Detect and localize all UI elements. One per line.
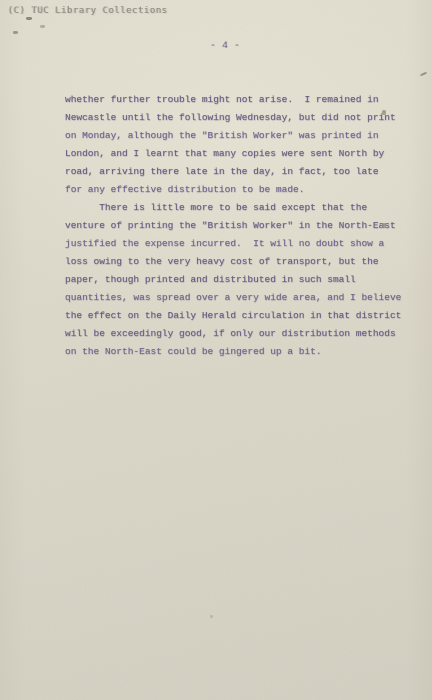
paper-speck — [26, 17, 32, 20]
document-line: on the North-East could be gingered up a… — [65, 343, 410, 361]
document-line: quantities, was spread over a very wide … — [65, 289, 410, 307]
document-line: loss owing to the very heavy cost of tra… — [65, 253, 410, 271]
paper-speck — [13, 31, 18, 34]
document-line: justified the expense incurred. It will … — [65, 235, 410, 253]
document-line: There is little more to be said except t… — [65, 199, 410, 217]
document-line: the effect on the Daily Herald circulati… — [65, 307, 410, 325]
document-line: will be exceedingly good, if only our di… — [65, 325, 410, 343]
scanned-document-page: (C) TUC Library Collections - 4 - whethe… — [0, 0, 432, 700]
document-line: whether further trouble might not arise.… — [65, 91, 410, 109]
document-line: on Monday, although the "British Worker"… — [65, 127, 410, 145]
paper-speck — [420, 72, 427, 77]
document-line: road, arriving there late in the day, in… — [65, 163, 410, 181]
paper-speck — [13, 31, 18, 34]
paper-speck — [40, 25, 45, 28]
document-line: for any effective distribution to be mad… — [65, 181, 410, 199]
page-number: - 4 - — [18, 41, 432, 52]
typewritten-text-block: whether further trouble might not arise.… — [65, 91, 410, 361]
paper-speck — [210, 615, 213, 618]
document-line: London, and I learnt that many copies we… — [65, 145, 410, 163]
library-copyright-watermark: (C) TUC Library Collections — [8, 6, 168, 16]
document-line: paper, though printed and distributed in… — [65, 271, 410, 289]
document-line: venture of printing the "British Worker"… — [65, 217, 410, 235]
document-line: Newcastle until the following Wednesday,… — [65, 109, 410, 127]
